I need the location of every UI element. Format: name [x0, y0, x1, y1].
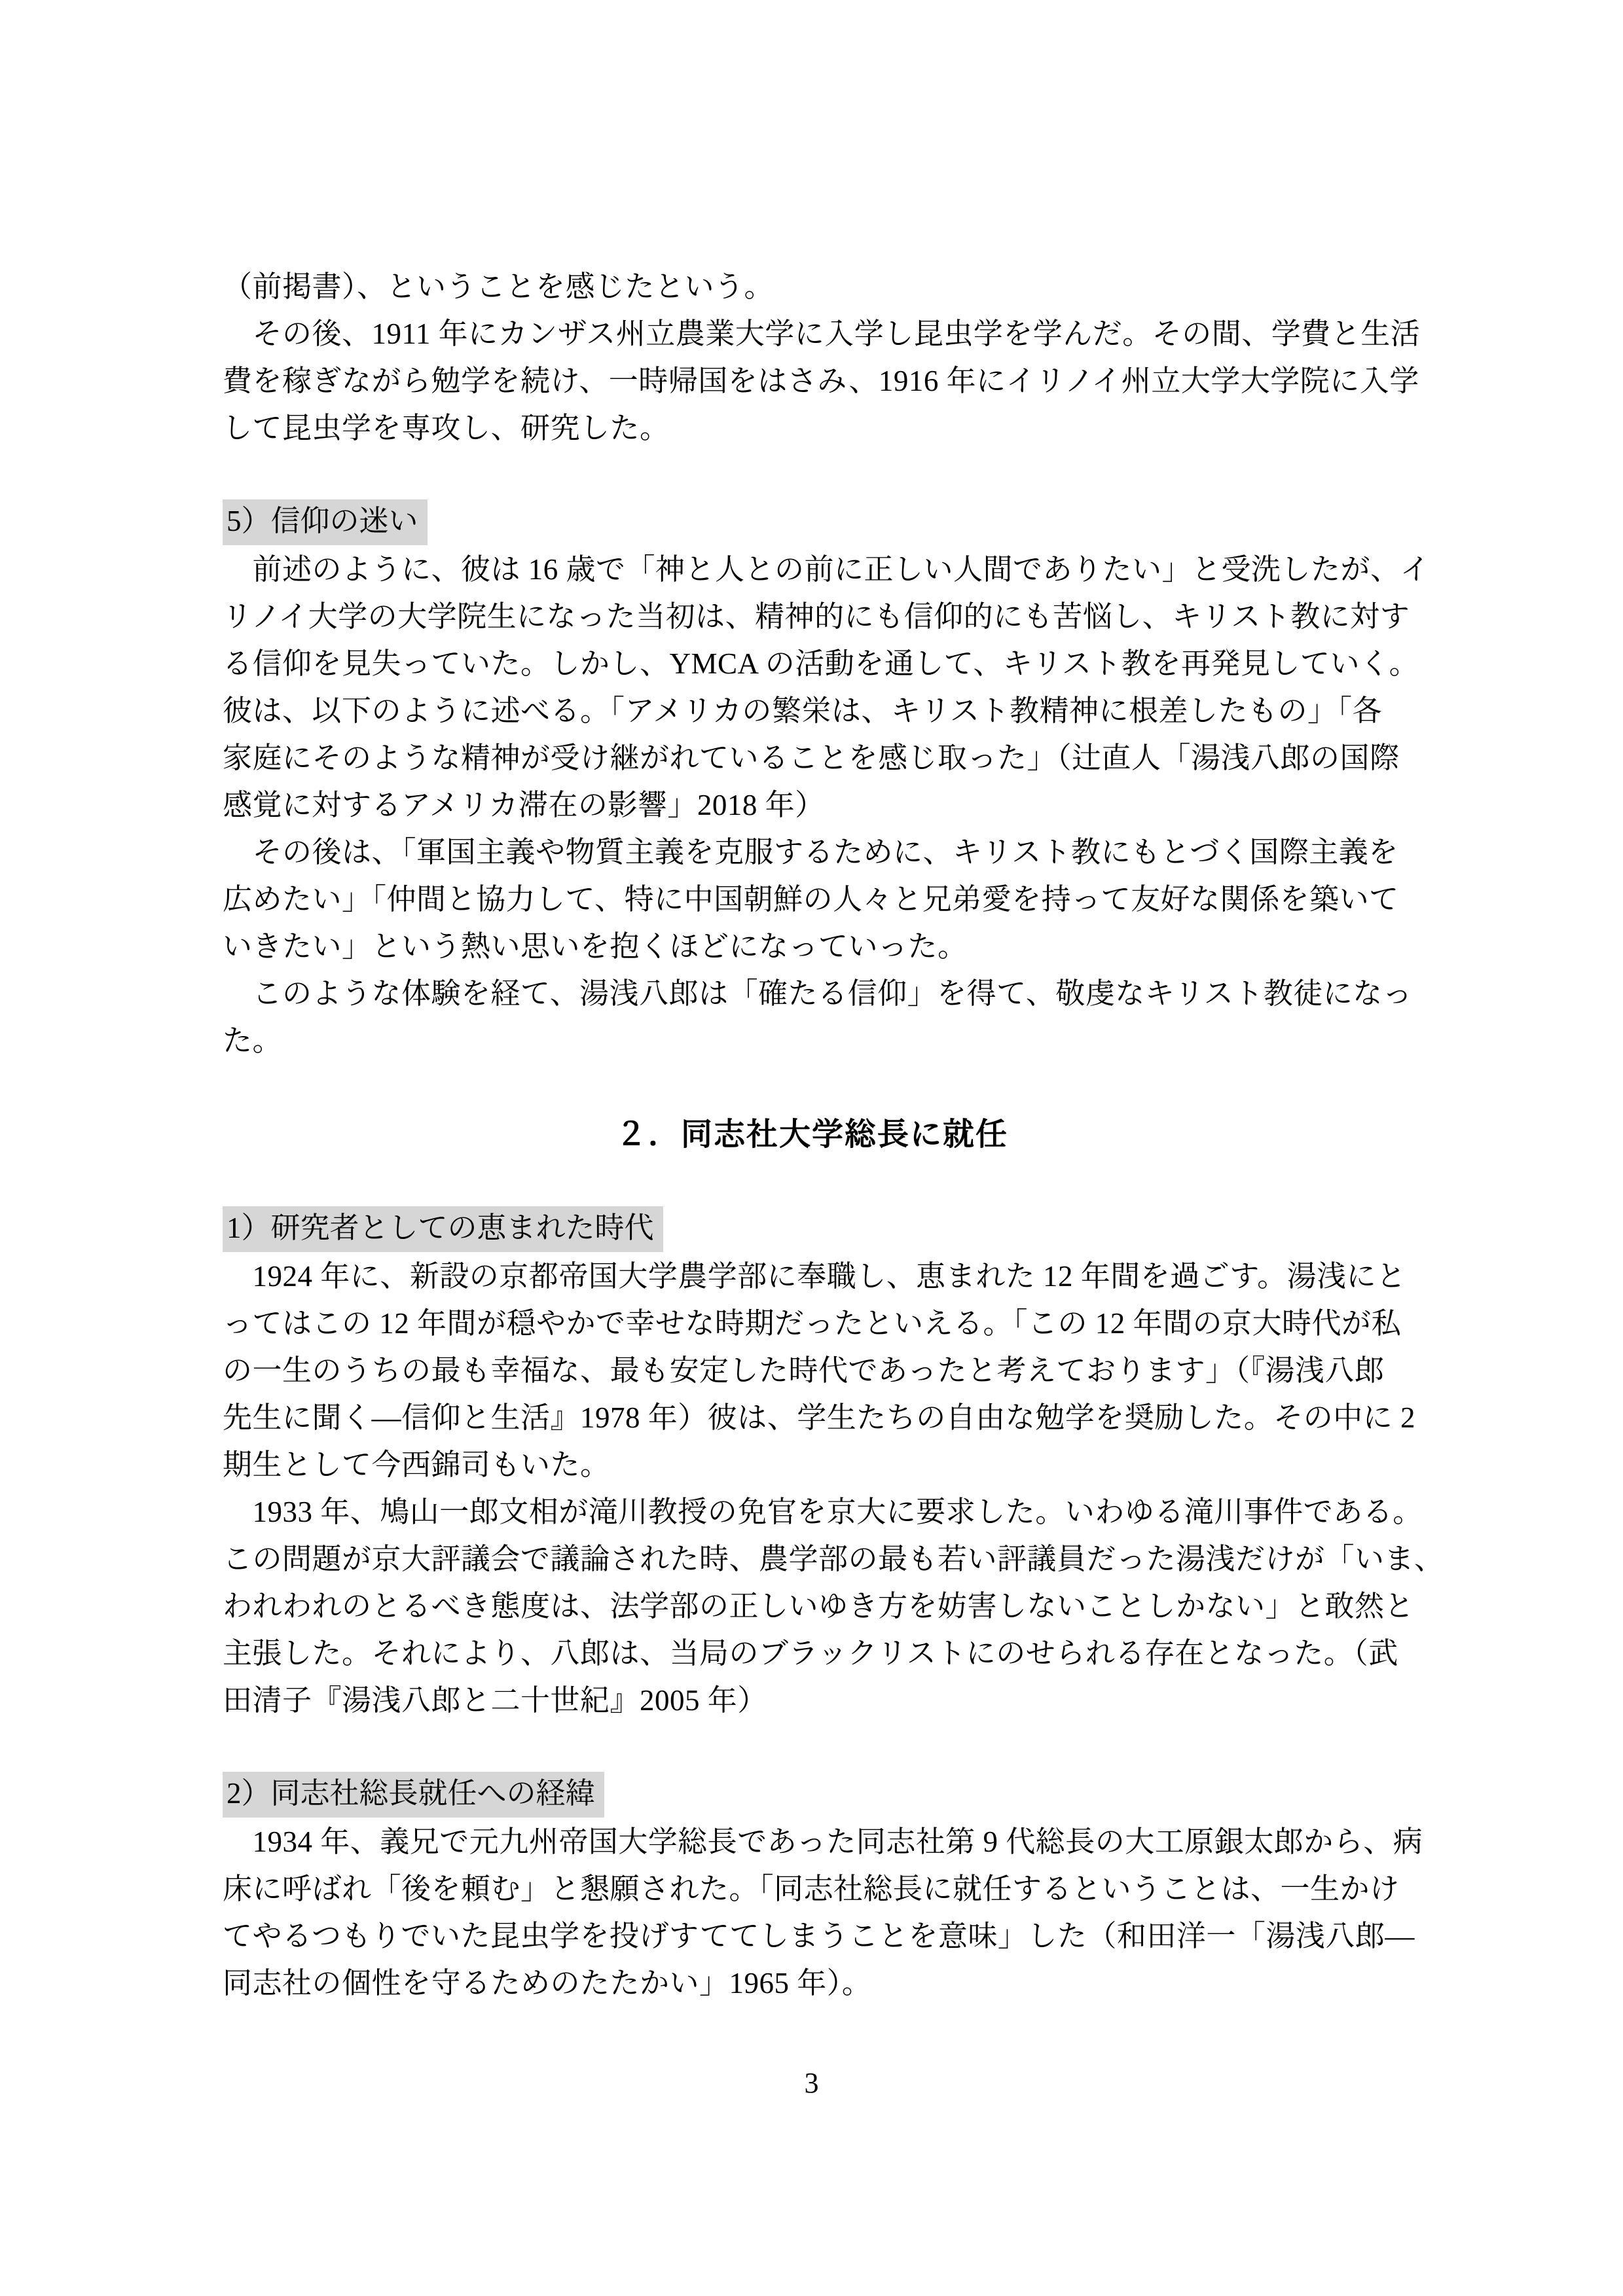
body-line: （前掲書）、ということを感じたという。	[223, 263, 1401, 310]
paragraph: 前述のように、彼は 16 歳で「神と人との前に正しい人間でありたい」と受洗したが…	[223, 546, 1401, 1064]
body-line: 広めたい」「仲間と協力して、特に中国朝鮮の人々と兄弟愛を持って友好な関係を築いて	[223, 876, 1401, 923]
body-line: の一生のうちの最も幸福な、最も安定した時代であったと考えております」（『湯浅八郎	[223, 1347, 1401, 1394]
document-page: （前掲書）、ということを感じたという。 その後、1911 年にカンザス州立農業大…	[0, 0, 1623, 2296]
body-line: 前述のように、彼は 16 歳で「神と人との前に正しい人間でありたい」と受洗したが…	[223, 546, 1401, 593]
body-line: 感覚に対するアメリカ滞在の影響」2018 年）	[223, 781, 1401, 829]
body-line: 家庭にそのような精神が受け継がれていることを感じ取った」（辻直人「湯浅八郎の国際	[223, 734, 1401, 781]
body-line: てやるつもりでいた昆虫学を投げすててしまうことを意味」した（和田洋一「湯浅八郎―	[223, 1912, 1401, 1960]
body-line: して昆虫学を専攻し、研究した。	[223, 404, 1401, 452]
body-line: いきたい」という熱い思いを抱くほどになっていった。	[223, 923, 1401, 970]
blank-line	[223, 1064, 1401, 1111]
body-line: このような体験を経て、湯浅八郎は「確たる信仰」を得て、敬虔なキリスト教徒になっ	[223, 970, 1401, 1017]
body-line: 費を稼ぎながら勉学を続け、一時帰国をはさみ、1916 年にイリノイ州立大学大学院…	[223, 357, 1401, 404]
subheading-highlight: 1）研究者としての恵まれた時代	[223, 1206, 663, 1252]
section-subheading: 1）研究者としての恵まれた時代	[223, 1206, 1401, 1253]
body-line: 彼は、以下のように述べる。「アメリカの繁栄は、キリスト教精神に根差したもの」「各	[223, 687, 1401, 734]
subheading-highlight: 2）同志社総長就任への経緯	[223, 1772, 604, 1818]
page-footer: 3	[0, 2060, 1623, 2107]
body-line: 田清子『湯浅八郎と二十世紀』2005 年）	[223, 1677, 1401, 1724]
body-line: その後は、「軍国主義や物質主義を克服するために、キリスト教にもとづく国際主義を	[223, 829, 1401, 876]
body-line: た。	[223, 1017, 1401, 1064]
body-line: われわれのとるべき態度は、法学部の正しいゆき方を妨害しないことしかない」と敢然と	[223, 1583, 1401, 1630]
body-line: この問題が京大評議会で議論された時、農学部の最も若い評議員だった湯浅だけが「いま…	[223, 1535, 1401, 1583]
section-subheading: 2）同志社総長就任への経緯	[223, 1771, 1401, 1818]
document-blocks: （前掲書）、ということを感じたという。 その後、1911 年にカンザス州立農業大…	[0, 0, 1623, 2007]
subheading-highlight: 5）信仰の迷い	[223, 499, 428, 545]
chapter-heading: ２．同志社大学総長に就任	[223, 1111, 1401, 1158]
body-line: ってはこの 12 年間が穏やかで幸せな時期だったといえる。「この 12 年間の京…	[223, 1300, 1401, 1347]
body-line: 期生として今西錦司もいた。	[223, 1441, 1401, 1488]
body-line: 1924 年に、新設の京都帝国大学農学部に奉職し、恵まれた 12 年間を過ごす。…	[223, 1253, 1401, 1300]
body-line: その後、1911 年にカンザス州立農業大学に入学し昆虫学を学んだ。その間、学費と…	[223, 310, 1401, 357]
blank-line	[223, 1158, 1401, 1206]
paragraph: 1924 年に、新設の京都帝国大学農学部に奉職し、恵まれた 12 年間を過ごす。…	[223, 1253, 1401, 1724]
paragraph: その後、1911 年にカンザス州立農業大学に入学し昆虫学を学んだ。その間、学費と…	[223, 310, 1401, 452]
blank-line	[223, 1724, 1401, 1771]
body-line: 先生に聞く―信仰と生活』1978 年）彼は、学生たちの自由な勉学を奨励した。その…	[223, 1394, 1401, 1441]
blank-line	[223, 452, 1401, 499]
paragraph: （前掲書）、ということを感じたという。	[223, 263, 1401, 310]
page-number: 3	[805, 2067, 819, 2099]
paragraph: 1934 年、義兄で元九州帝国大学総長であった同志社第 9 代総長の大工原銀太郎…	[223, 1818, 1401, 2007]
body-line: 同志社の個性を守るためのたたかい」1965 年）。	[223, 1960, 1401, 2007]
body-line: 床に呼ばれ「後を頼む」と懇願された。「同志社総長に就任するということは、一生かけ	[223, 1865, 1401, 1912]
body-line: 1933 年、鳩山一郎文相が滝川教授の免官を京大に要求した。いわゆる滝川事件であ…	[223, 1488, 1401, 1535]
body-line: 1934 年、義兄で元九州帝国大学総長であった同志社第 9 代総長の大工原銀太郎…	[223, 1818, 1401, 1865]
body-line: る信仰を見失っていた。しかし、YMCA の活動を通して、キリスト教を再発見してい…	[223, 640, 1401, 687]
section-subheading: 5）信仰の迷い	[223, 499, 1401, 546]
body-line: リノイ大学の大学院生になった当初は、精神的にも信仰的にも苦悩し、キリスト教に対す	[223, 593, 1401, 640]
body-line: 主張した。それにより、八郎は、当局のブラックリストにのせられる存在となった。（武	[223, 1630, 1401, 1677]
